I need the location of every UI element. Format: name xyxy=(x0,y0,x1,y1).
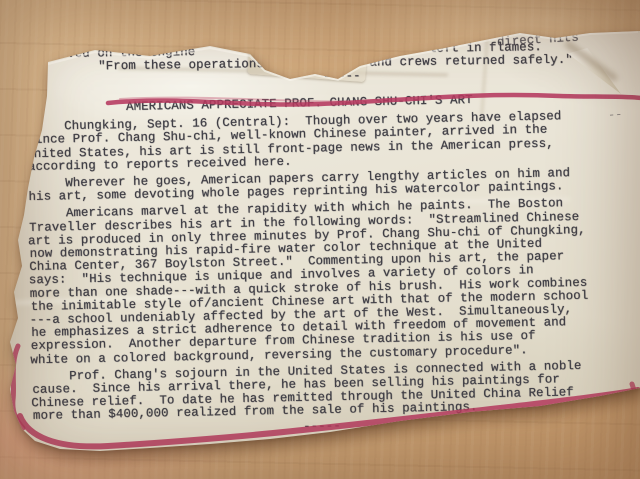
pencil-stray-mark: -- xyxy=(608,108,623,123)
article-paragraphs: Chungking, Sept. 16 (Central): Though ov… xyxy=(26,110,590,424)
newspaper-clipping: spots which direct hits erved on the eng… xyxy=(0,0,640,479)
article-paragraph: Americans marvel at the rapidity with wh… xyxy=(28,197,589,367)
article-body: AMERICANS APPRECIATE PROF. CHANG SHU-CHI… xyxy=(26,92,590,439)
photo-of-clipping: spots which direct hits erved on the eng… xyxy=(0,0,640,479)
pink-edge-right-mark xyxy=(632,384,637,410)
article-paragraph: Chungking, Sept. 16 (Central): Though ov… xyxy=(26,110,585,174)
pink-edge-left xyxy=(13,346,23,428)
ghost-text: spots which xyxy=(260,54,332,74)
article-paragraph: Prof. Chang's sojourn in the United Stat… xyxy=(31,360,590,424)
top-fragment-text: erved on the engine were left in flames.… xyxy=(52,41,572,88)
clipping-wrapper: spots which direct hits erved on the eng… xyxy=(0,0,640,479)
